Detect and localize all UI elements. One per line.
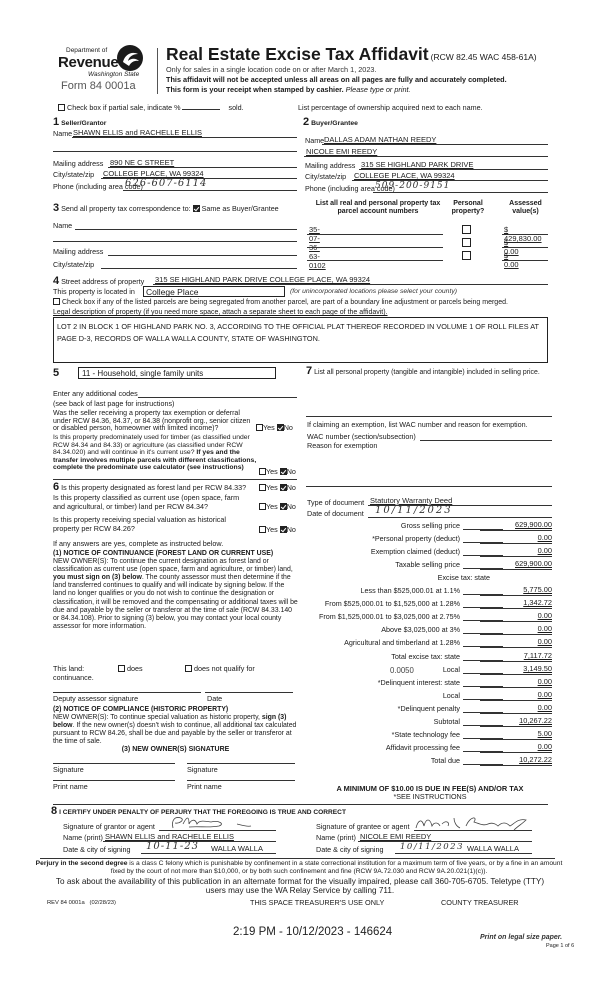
- doc-date-label: Date of document: [307, 510, 364, 519]
- notice-compliance-title: (2) NOTICE OF COMPLIANCE (HISTORIC PROPE…: [53, 706, 298, 714]
- parcel-row: $ 0.00: [0, 0, 9, 11]
- tax-line-value[interactable]: 0.00: [480, 678, 552, 688]
- personal-property-checkbox[interactable]: [462, 225, 471, 234]
- buyer-phone-field[interactable]: 509-200-9151: [375, 181, 450, 192]
- no-label: No: [287, 525, 296, 534]
- seller-mailing-label: Mailing address: [53, 160, 103, 169]
- wac-number-field[interactable]: [420, 440, 552, 441]
- personal-property-field[interactable]: [306, 416, 552, 417]
- corr-city-field[interactable]: [101, 268, 297, 269]
- partial-sale-sold-label: sold.: [228, 103, 243, 112]
- no-checkbox[interactable]: [280, 484, 287, 491]
- county-treasurer: COUNTY TREASURER: [441, 899, 519, 908]
- same-as-buyer-label: Same as Buyer/Grantee: [202, 204, 279, 213]
- section-2-number: 2: [303, 116, 309, 128]
- perjury-text: is a class C felony which is punishable …: [111, 860, 563, 875]
- owner-signature-1-field[interactable]: [53, 763, 175, 764]
- seller-city-label: City/state/zip: [53, 171, 94, 180]
- additional-codes-field[interactable]: [138, 397, 297, 398]
- no-checkbox[interactable]: [277, 424, 284, 431]
- doc-date-field[interactable]: 10/11/2023: [375, 505, 453, 517]
- section-1-title: Seller/Grantor: [61, 120, 106, 127]
- section-7-number: 7: [306, 365, 312, 377]
- section-3-number: 3: [53, 202, 59, 214]
- revenue-wordmark: Revenue: [58, 54, 118, 72]
- owner-signature-2-label: Signature: [187, 766, 218, 775]
- alt-format-notice: To ask about the availability of this pu…: [55, 878, 545, 895]
- yes-label: Yes: [266, 467, 278, 476]
- print-legal-note: Print on legal size paper.: [480, 934, 562, 942]
- tax-line-label: *Delinquent penalty: [300, 705, 460, 714]
- partial-sale-checkbox[interactable]: [58, 104, 65, 111]
- tax-line-label: Total excise tax: state: [300, 653, 460, 662]
- tax-line-label: Above $3,025,000 at 3%: [300, 626, 460, 635]
- buyer-mailing-field[interactable]: 315 SE HIGHLAND PARK DRIVE: [361, 160, 473, 169]
- revision-label: REV 84 0001a (02/28/23): [47, 900, 116, 907]
- no-label: No: [287, 467, 296, 476]
- deputy-date-label: Date: [207, 695, 222, 704]
- located-in-value: College Place: [146, 287, 198, 297]
- tax-line-label: *Personal property (deduct): [300, 535, 460, 544]
- segregate-row: Check box if any of the listed parcels a…: [53, 298, 508, 307]
- dor-logo: Department of Revenue Washington State F…: [58, 45, 158, 100]
- wave-logo-icon: [117, 45, 143, 71]
- tax-line-label: Subtotal: [300, 718, 460, 727]
- tax-line-value[interactable]: 3,149.50: [480, 665, 552, 675]
- street-address-field[interactable]: 315 SE HIGHLAND PARK DRIVE COLLEGE PLACE…: [155, 275, 370, 284]
- yes-checkbox[interactable]: [259, 526, 266, 533]
- notice-compliance: (2) NOTICE OF COMPLIANCE (HISTORIC PROPE…: [53, 706, 298, 746]
- tax-line-label: *State technology fee: [300, 731, 460, 740]
- new-owner-signature-title: (3) NEW OWNER(S) SIGNATURE: [53, 746, 298, 754]
- section-5-number: 5: [53, 367, 59, 380]
- grantor-signature-label: Signature of grantor or agent: [63, 823, 155, 832]
- street-address-label: Street address of property: [61, 277, 144, 286]
- owner-signature-1-label: Signature: [53, 766, 84, 775]
- tax-line-value[interactable]: 0.00: [480, 691, 552, 701]
- section-4-number: 4: [53, 275, 59, 287]
- land-use-code-select[interactable]: 11 - Household, single family units: [78, 367, 276, 379]
- does-not-label: does not qualify for: [194, 664, 255, 673]
- tax-line-value[interactable]: 0.00: [480, 625, 552, 635]
- ownership-note: List percentage of ownership acquired ne…: [298, 104, 483, 113]
- tax-line-label: Less than $525,000.01 at 1.1%: [300, 587, 460, 596]
- does-not-option: does not qualify for: [185, 665, 255, 674]
- buyer-mailing-label: Mailing address: [305, 162, 355, 171]
- yes-checkbox[interactable]: [256, 424, 263, 431]
- owner-print-1-label: Print name: [53, 783, 88, 792]
- tax-line-label: Local: [300, 692, 460, 701]
- perjury-notice: Perjury in the second degree is a class …: [34, 860, 564, 876]
- see-back-note: (see back of last page for instructions): [53, 400, 174, 409]
- forest-land-question-text: Is this property designated as forest la…: [61, 483, 246, 492]
- notice-compliance-text-b: . If the new owner(s) doesn't wish to co…: [53, 722, 296, 745]
- form-title-ref: (RCW 82.45 WAC 458-61A): [431, 52, 537, 62]
- does-not-qualify-checkbox[interactable]: [185, 665, 192, 672]
- buyer-name-field[interactable]: DALLAS ADAM NATHAN REEDY: [324, 135, 436, 144]
- deputy-date-field[interactable]: [205, 692, 293, 693]
- yes-label: Yes: [263, 423, 275, 432]
- corr-city-label: City/state/zip: [53, 261, 94, 270]
- timber-yes-no: Yes No: [259, 468, 296, 477]
- corr-mailing-label: Mailing address: [53, 248, 103, 257]
- grantor-city-field[interactable]: WALLA WALLA: [211, 844, 263, 853]
- tax-line-label: *Delinquent interest: state: [300, 679, 460, 688]
- grantor-signature-field[interactable]: [159, 812, 276, 831]
- tax-line-label: Excise tax: state: [300, 574, 490, 583]
- personal-property-checkbox[interactable]: [462, 238, 471, 247]
- tax-line-value[interactable]: 0.00: [480, 547, 552, 557]
- grantor-name-field[interactable]: SHAWN ELLIS and RACHELLE ELLIS: [105, 832, 234, 841]
- partial-sale-row: Check box if partial sale, indicate % so…: [58, 104, 244, 113]
- section-6-number: 6: [53, 481, 59, 493]
- seller-mailing-field[interactable]: 890 NE C STREET: [110, 158, 174, 167]
- correspondence-heading: 3 Send all property tax correspondence t…: [53, 202, 279, 215]
- header-title-block: Real Estate Excise Tax Affidavit (RCW 82…: [166, 44, 596, 94]
- yes-checkbox[interactable]: [259, 503, 266, 510]
- grantee-date-label: Date & city of signing: [316, 846, 384, 855]
- no-label: No: [284, 423, 293, 432]
- notice-continuance-title: (1) NOTICE OF CONTINUANCE (FOREST LAND O…: [53, 550, 298, 558]
- additional-codes-label: Enter any additional codes: [53, 390, 138, 399]
- grantee-signature-field[interactable]: [414, 812, 532, 831]
- personal-property-heading: 7 List all personal property (tangible a…: [306, 367, 552, 378]
- seller-name-label: Name: [53, 130, 72, 139]
- exemption-note: If claiming an exemption, list WAC numbe…: [307, 421, 528, 430]
- notice-compliance-text-a: NEW OWNER(S): To continue special valuat…: [53, 714, 260, 721]
- land-use-code-value: 11 - Household, single family units: [82, 369, 203, 378]
- tax-line-label: Agricultural and timberland at 1.28%: [300, 639, 460, 648]
- does-qualify-checkbox[interactable]: [118, 665, 125, 672]
- personal-property-label: List all personal property (tangible and…: [314, 369, 540, 376]
- grantor-date-field[interactable]: 10-11-23: [146, 841, 199, 853]
- reason-exemption-field[interactable]: [306, 486, 552, 487]
- tax-line-value[interactable]: 1,342.72: [480, 599, 552, 609]
- seller-exemption-yes-no: Yes No: [256, 424, 293, 433]
- segregate-checkbox[interactable]: [53, 298, 60, 305]
- tax-line-label: Local: [300, 666, 460, 675]
- header-note-3-italic: Please type or print.: [346, 85, 411, 94]
- if-yes-note: If any answers are yes, complete as inst…: [53, 540, 223, 549]
- header-divider: [157, 48, 158, 94]
- tax-line-value[interactable]: 0.00: [480, 743, 552, 753]
- seller-name-field[interactable]: SHAWN ELLIS and RACHELLE ELLIS: [73, 128, 202, 137]
- notice-continuance-text-a: NEW OWNER(S): To continue the current de…: [53, 558, 293, 573]
- yes-label: Yes: [266, 525, 278, 534]
- tax-line-label: Total due: [300, 757, 460, 766]
- header-note-2: This affidavit will not be accepted unle…: [166, 76, 596, 85]
- located-in-label: This property is located in: [53, 288, 135, 297]
- notice-continuance: (1) NOTICE OF CONTINUANCE (FOREST LAND O…: [53, 550, 298, 631]
- owner-print-2-label: Print name: [187, 783, 222, 792]
- section-8-number: 8: [51, 805, 57, 817]
- header-note-3: This form is your receipt when stamped b…: [166, 85, 344, 94]
- segregate-label: Check box if any of the listed parcels a…: [62, 299, 508, 306]
- reason-exemption-label: Reason for exemption: [307, 442, 377, 451]
- treasurer-stamp: 2:19 PM - 10/12/2023 - 146624: [233, 926, 392, 940]
- partial-sale-percent-field[interactable]: [182, 109, 220, 110]
- owner-print-1-field[interactable]: [53, 780, 175, 781]
- does-option: does: [118, 665, 143, 674]
- tax-line-value[interactable]: 5.00: [480, 730, 552, 740]
- grantee-name-field[interactable]: NICOLE EMI REEDY: [360, 832, 431, 841]
- corr-name-field[interactable]: [75, 229, 297, 230]
- yes-label: Yes: [266, 502, 278, 511]
- does-label: does: [127, 664, 143, 673]
- forest-land-yes-no: Yes No: [259, 484, 296, 493]
- corr-mailing-field[interactable]: [108, 255, 297, 256]
- partial-sale-label: Check box if partial sale, indicate %: [67, 103, 180, 112]
- tax-line-value[interactable]: 0.00: [480, 638, 552, 648]
- page-number: Page 1 of 6: [546, 943, 574, 950]
- form-title: Real Estate Excise Tax Affidavit: [166, 44, 429, 64]
- notice-continuance-bold: you must sign on (3) below: [53, 574, 142, 581]
- continuance-label: continuance.: [53, 674, 94, 683]
- located-in-select[interactable]: College Place: [143, 286, 285, 297]
- owner-signature-2-field[interactable]: [187, 763, 295, 764]
- tax-line-label: Taxable selling price: [300, 561, 460, 570]
- perjury-bold: Perjury in the second degree: [36, 860, 128, 867]
- corr-name-label: Name: [53, 222, 72, 231]
- notice-continuance-text-b: . The county assessor must then determin…: [53, 574, 298, 630]
- tax-line-label: Gross selling price: [300, 522, 460, 531]
- tax-line-value[interactable]: 10,272.22: [480, 756, 552, 766]
- parcel-col-header: List all real and personal property tax …: [308, 200, 448, 217]
- buyer-heading: 2 Buyer/Grantee: [303, 116, 358, 129]
- grantee-name-label: Name (print): [316, 834, 356, 843]
- tax-line-value[interactable]: 0.00: [480, 534, 552, 544]
- tax-line-value[interactable]: 10,267.22: [480, 717, 552, 727]
- correspondence-label: Send all property tax correspondence to:: [61, 204, 190, 213]
- same-as-buyer-checkbox[interactable]: [193, 205, 200, 212]
- form-number: Form 84 0001a: [61, 80, 136, 93]
- legal-description-box[interactable]: LOT 2 IN BLOCK 1 OF HIGHLAND PARK NO. 3,…: [53, 317, 548, 363]
- tax-line-label: Affidavit processing fee: [300, 744, 460, 753]
- timber-question: Is this property predominately used for …: [53, 434, 258, 472]
- doc-type-field[interactable]: Statutory Warranty Deed: [370, 496, 452, 505]
- personal-property-checkbox[interactable]: [462, 251, 471, 260]
- no-label: No: [287, 483, 296, 492]
- deputy-signature-label: Deputy assessor signature: [53, 695, 138, 704]
- grantee-date-field[interactable]: 10/11/2023: [400, 842, 464, 852]
- grantee-city-field[interactable]: WALLA WALLA: [467, 844, 519, 853]
- seller-phone-field[interactable]: 626-607-6114: [125, 178, 207, 190]
- yes-checkbox[interactable]: [259, 484, 266, 491]
- personal-property-col-header: Personal property?: [448, 200, 488, 217]
- tax-line-label: From $525,000.01 to $1,525,000 at 1.28%: [300, 600, 460, 609]
- tax-line-value[interactable]: 629,900.00: [480, 560, 552, 570]
- deputy-signature-field[interactable]: [53, 692, 201, 693]
- tax-line-value[interactable]: 5,775.00: [480, 586, 552, 596]
- tax-line-value[interactable]: 0.00: [480, 612, 552, 622]
- historical-question: Is this property receiving special valua…: [53, 516, 233, 533]
- section-1-number: 1: [53, 116, 59, 128]
- tax-line-label: From $1,525,000.01 to $3,025,000 at 2.75…: [300, 613, 460, 622]
- local-rate: 0.0050: [390, 666, 414, 675]
- buyer-city-field[interactable]: COLLEGE PLACE, WA 99324: [354, 171, 455, 180]
- seller-city-field[interactable]: COLLEGE PLACE, WA 99324: [103, 169, 204, 178]
- tax-line-label: Exemption claimed (deduct): [300, 548, 460, 557]
- grantor-signature-scribble-icon: [159, 812, 276, 831]
- washington-state-label: Washington State: [88, 71, 139, 79]
- no-checkbox[interactable]: [280, 468, 287, 475]
- located-in-note: (for unincorporated locations please sel…: [290, 288, 457, 296]
- historical-yes-no: Yes No: [259, 526, 296, 535]
- buyer-name2-field[interactable]: NICOLE EMI REEDY: [306, 147, 377, 156]
- buyer-city-label: City/state/zip: [305, 173, 346, 182]
- seller-exemption-question: Was the seller receiving a property tax …: [53, 410, 253, 433]
- see-instructions-note: *SEE INSTRUCTIONS: [300, 793, 560, 802]
- current-use-yes-no: Yes No: [259, 503, 296, 512]
- section-2-title: Buyer/Grantee: [311, 120, 358, 127]
- tax-line-value[interactable]: 0.00: [480, 704, 552, 714]
- grantor-name-label: Name (print): [63, 834, 103, 843]
- grantor-date-label: Date & city of signing: [63, 846, 131, 855]
- assessed-value-col-header: Assessed value(s): [503, 200, 548, 217]
- yes-checkbox[interactable]: [259, 468, 266, 475]
- current-use-question: Is this property classified as current u…: [53, 494, 243, 511]
- tax-line-value[interactable]: 629,900.00: [480, 521, 552, 531]
- legal-description-text: LOT 2 IN BLOCK 1 OF HIGHLAND PARK NO. 3,…: [57, 322, 539, 343]
- yes-label: Yes: [266, 483, 278, 492]
- owner-print-2-field[interactable]: [187, 780, 295, 781]
- grantee-signature-label: Signature of grantee or agent: [316, 823, 410, 832]
- header-note-1: Only for sales in a single location code…: [166, 66, 596, 75]
- no-checkbox[interactable]: [280, 526, 287, 533]
- no-checkbox[interactable]: [280, 503, 287, 510]
- no-label: No: [287, 502, 296, 511]
- tax-line-value[interactable]: 7,117.72: [480, 652, 552, 662]
- treasurer-use-only: THIS SPACE TREASURER'S USE ONLY: [250, 899, 384, 908]
- doc-type-label: Type of document: [307, 499, 364, 508]
- grantee-signature-scribble-icon: [414, 812, 532, 831]
